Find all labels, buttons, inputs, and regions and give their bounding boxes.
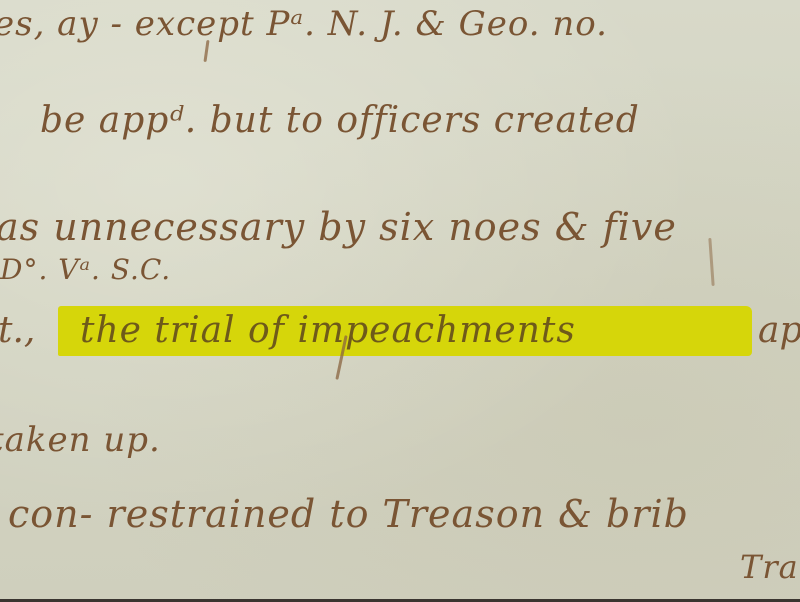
manuscript-page: es, ay - except Pᵃ. N. J. & Geo. no. be … bbox=[0, 0, 800, 602]
manuscript-line-2: be appᵈ. but to officers created bbox=[40, 100, 640, 141]
manuscript-line-8: Tra bbox=[740, 548, 799, 586]
manuscript-line-1: es, ay - except Pᵃ. N. J. & Geo. no. bbox=[0, 4, 608, 44]
manuscript-line-3: as unnecessary by six noes & five bbox=[0, 205, 677, 249]
ink-descender-stroke bbox=[708, 238, 714, 286]
manuscript-line-5-prefix: t., bbox=[0, 310, 35, 351]
manuscript-line-6: taken up. bbox=[0, 420, 161, 460]
manuscript-line-5-suffix: ap bbox=[758, 310, 800, 351]
highlighted-phrase: the trial of impeachments bbox=[80, 310, 576, 351]
manuscript-line-7: con- restrained to Treason & brib bbox=[8, 492, 689, 536]
manuscript-line-4: D°. Vᵃ. S.C. bbox=[0, 253, 171, 286]
